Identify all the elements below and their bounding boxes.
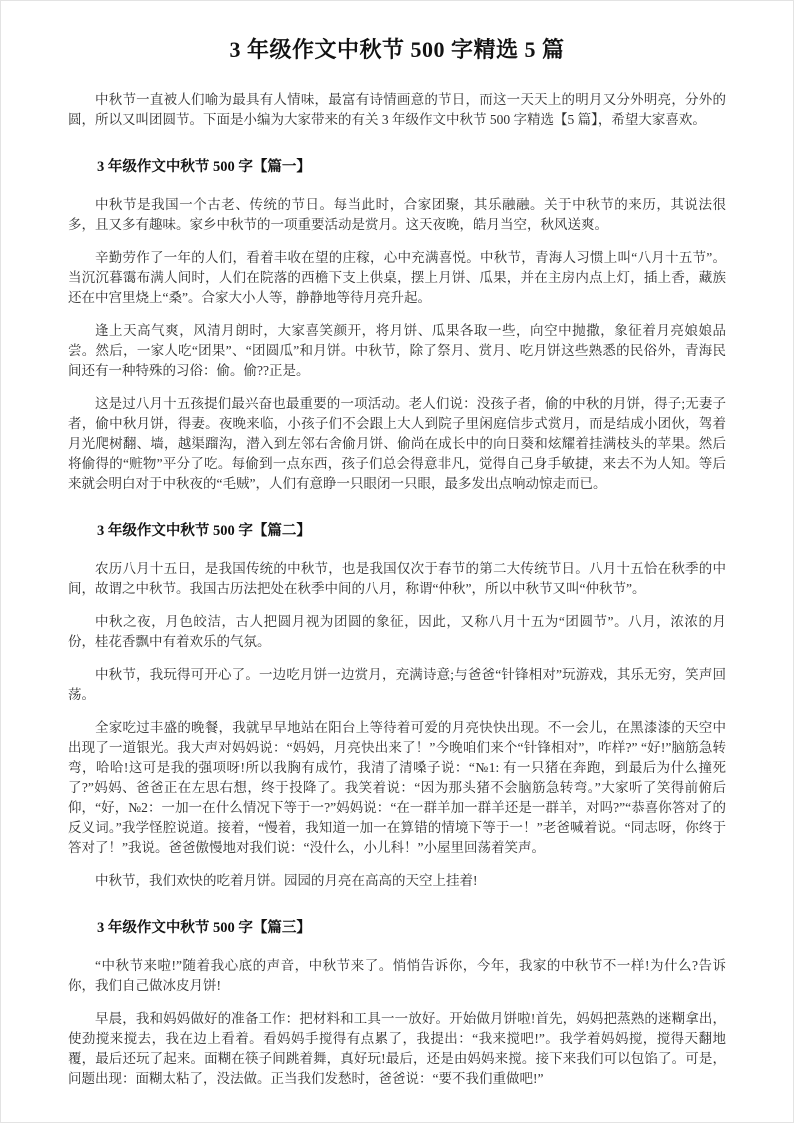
- essay-3-paragraph-1: “中秋节来啦!”随着我心底的声音，中秋节来了。悄悄告诉你，今年，我家的中秋节不一…: [68, 956, 726, 996]
- essay-2-paragraph-4: 全家吃过丰盛的晚餐，我就早早地站在阳台上等待着可爱的月亮快快出现。不一会儿，在黑…: [68, 718, 726, 858]
- essay-2-paragraph-5: 中秋节，我们欢快的吃着月饼。园园的月亮在高高的天空上挂着!: [68, 871, 726, 891]
- essay-2-heading: 3 年级作文中秋节 500 字【篇二】: [68, 519, 726, 540]
- page-title: 3 年级作文中秋节 500 字精选 5 篇: [68, 33, 726, 64]
- intro-paragraph: 中秋节一直被人们喻为最具有人情味，最富有诗情画意的节日，而这一天天上的明月又分外…: [68, 90, 726, 130]
- document-page: 3 年级作文中秋节 500 字精选 5 篇 中秋节一直被人们喻为最具有人情味，最…: [0, 0, 794, 1123]
- essay-1-paragraph-4: 这是过八月十五孩提们最兴奋也最重要的一项活动。老人们说：没孩子者，偷的中秋的月饼…: [68, 394, 726, 494]
- essay-1-paragraph-3: 逢上天高气爽，风清月朗时，大家喜笑颜开，将月饼、瓜果各取一些，向空中抛撒，象征着…: [68, 321, 726, 381]
- essay-2-paragraph-3: 中秋节，我玩得可开心了。一边吃月饼一边赏月，充满诗意;与爸爸“针锋相对”玩游戏，…: [68, 665, 726, 705]
- essay-3-heading: 3 年级作文中秋节 500 字【篇三】: [68, 916, 726, 937]
- essay-2-paragraph-1: 农历八月十五日，是我国传统的中秋节，也是我国仅次于春节的第二大传统节日。八月十五…: [68, 559, 726, 599]
- essay-3-paragraph-2: 早晨，我和妈妈做好的准备工作：把材料和工具一一放好。开始做月饼啦!首先，妈妈把蒸…: [68, 1009, 726, 1089]
- essay-2-paragraph-2: 中秋之夜，月色皎洁，古人把圆月视为团圆的象征，因此，又称八月十五为“团圆节”。八…: [68, 612, 726, 652]
- essay-1-paragraph-1: 中秋节是我国一个古老、传统的节日。每当此时，合家团聚，其乐融融。关于中秋节的来历…: [68, 195, 726, 235]
- essay-1-paragraph-2: 辛勤劳作了一年的人们，看着丰收在望的庄稼，心中充满喜悦。中秋节，青海人习惯上叫“…: [68, 248, 726, 308]
- essay-1-heading: 3 年级作文中秋节 500 字【篇一】: [68, 155, 726, 176]
